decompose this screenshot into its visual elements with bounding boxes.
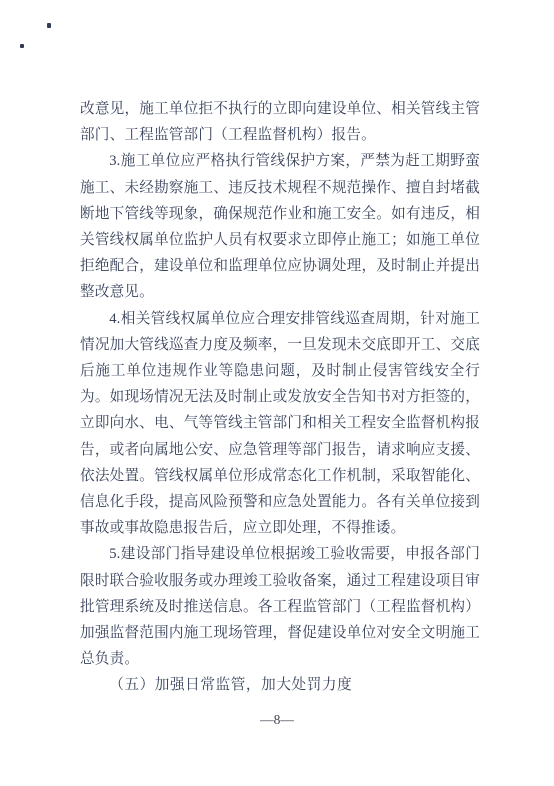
paragraph-item-5: 5.建设部门指导建设单位根据竣工验收需要，申报各部门限时联合验收服务或办理竣工验… <box>80 541 480 672</box>
page-number: —8— <box>0 712 554 728</box>
paragraph-item-3: 3.施工单位应严格执行管线保护方案，严禁为赶工期野蛮施工、未经勘察施工、违反技术… <box>80 148 480 305</box>
section-heading-5: （五）加强日常监管，加大处罚力度 <box>80 672 480 698</box>
scan-speck-artifact <box>47 23 51 28</box>
paragraph-item-4: 4.相关管线权属单位应合理安排管线巡查周期，针对施工情况加大管线巡查力度及频率，… <box>80 306 480 542</box>
scan-speck-artifact <box>20 44 24 48</box>
document-page: 改意见，施工单位拒不执行的立即向建设单位、相关管线主管部门、工程监管部门（工程监… <box>0 0 554 786</box>
paragraph-continuation: 改意见，施工单位拒不执行的立即向建设单位、相关管线主管部门、工程监管部门（工程监… <box>80 96 480 148</box>
document-body: 改意见，施工单位拒不执行的立即向建设单位、相关管线主管部门、工程监管部门（工程监… <box>80 96 480 699</box>
